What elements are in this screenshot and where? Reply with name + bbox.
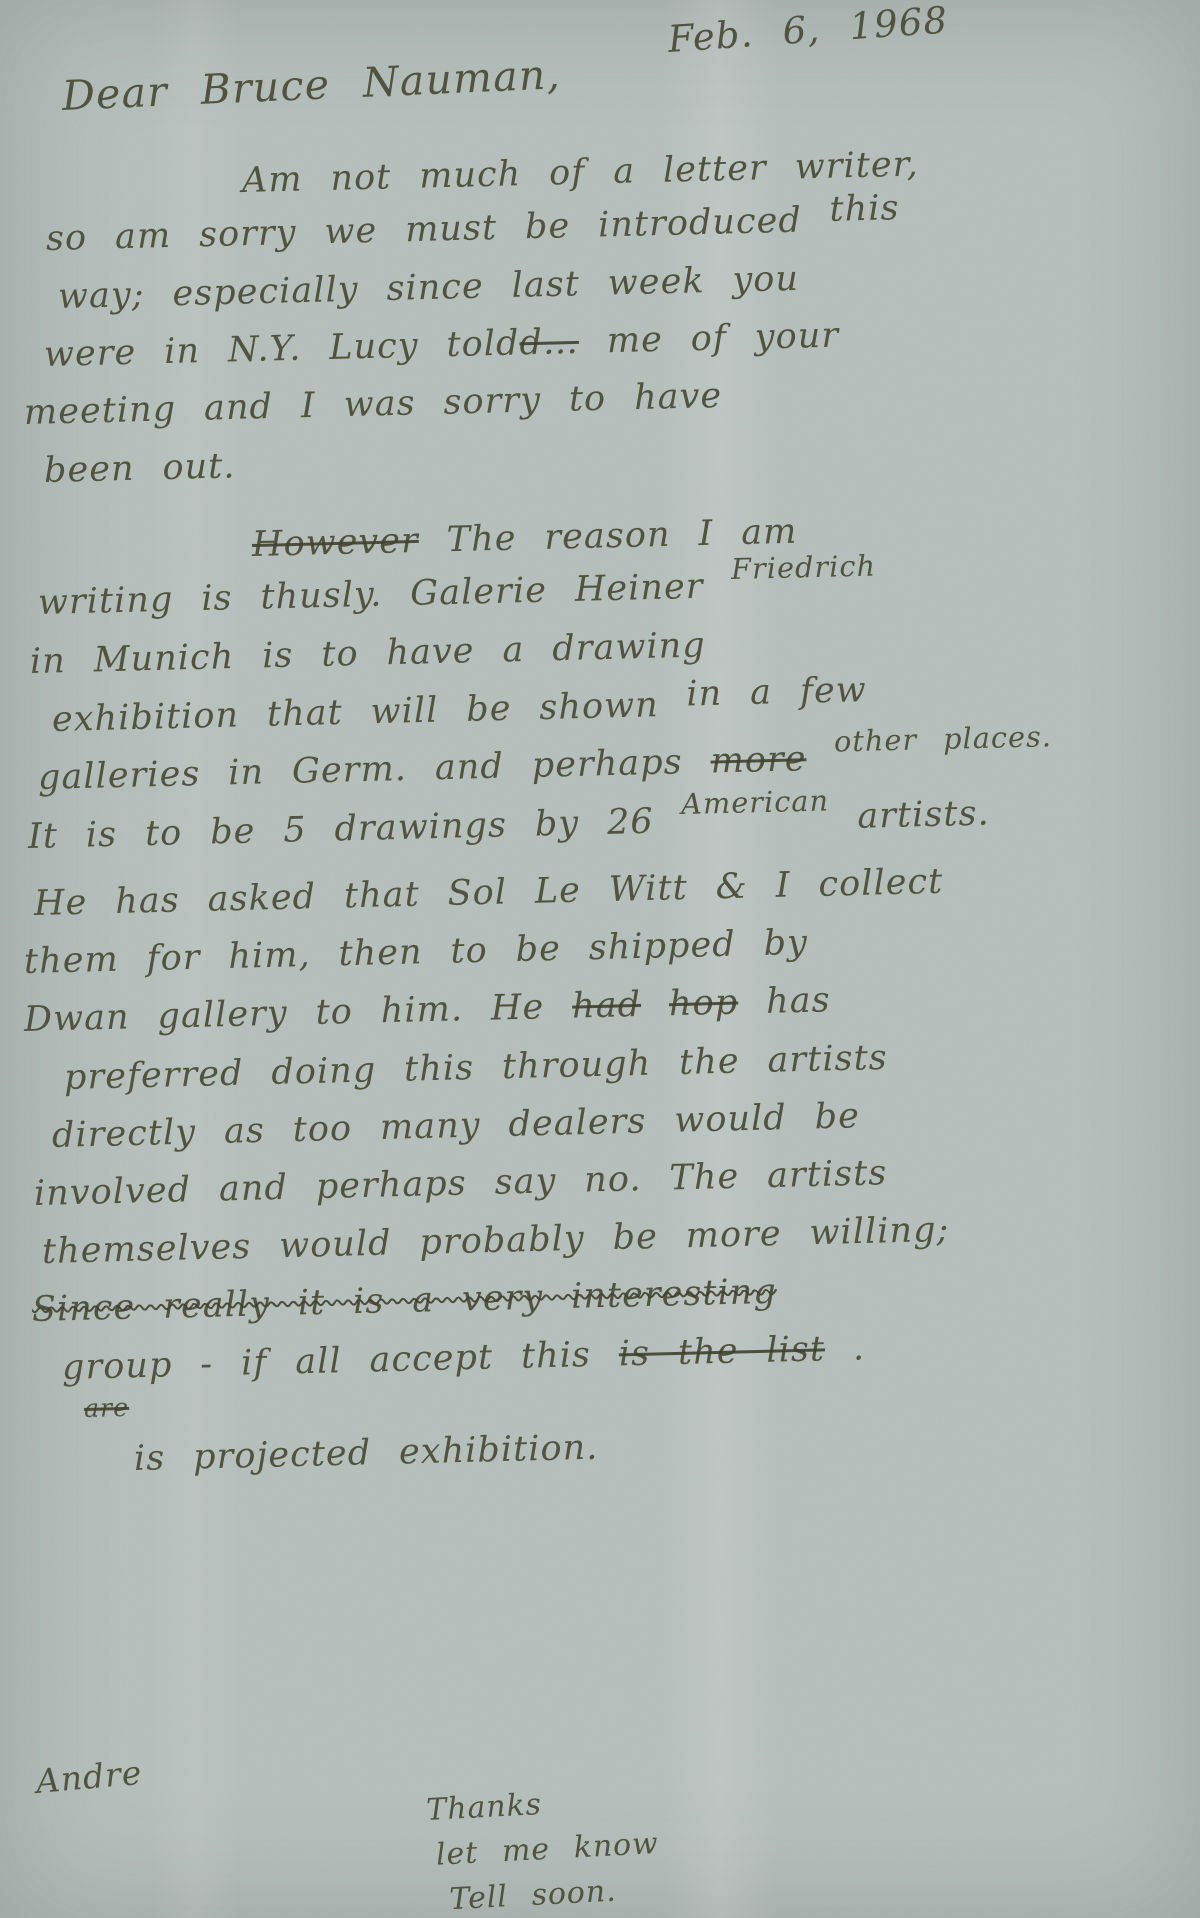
- line-segment: has: [738, 980, 831, 1022]
- line-segment: Dwan gallery to him. He: [24, 987, 573, 1040]
- line-segment: been out.: [44, 446, 236, 491]
- letter-postscript: Thanks let me know Tell soon.: [426, 1780, 661, 1918]
- struck-text: more: [710, 739, 807, 781]
- struck-text: are: [84, 1393, 130, 1423]
- line-segment: in Munich is to have a drawing: [30, 625, 707, 682]
- line-segment: writing is thusly. Galerie Heiner: [37, 566, 731, 623]
- line-segment: exhibition that will be shown: [52, 684, 688, 739]
- letter-salutation: Dear Bruce Nauman,: [61, 50, 562, 120]
- line-segment: [641, 984, 670, 1025]
- struck-text: had: [572, 985, 642, 1027]
- line-segment: artists.: [829, 794, 990, 838]
- line-segment: them for him, then to be shipped by: [24, 923, 809, 982]
- line-segment: so am sorry we must be introduced: [46, 200, 831, 259]
- letter-signature: Andre: [34, 1753, 143, 1801]
- line-segment: in a few: [686, 670, 867, 714]
- letter-page: Feb. 6, 1968 Dear Bruce Nauman, Am not m…: [0, 0, 1200, 1918]
- letter-body: Am not much of a letter writer,so am sor…: [24, 152, 1190, 1488]
- struck-text: hop: [669, 983, 739, 1025]
- line-segment: Friedrich: [731, 549, 877, 587]
- struck-text: Since really it is a very interesting: [32, 1272, 778, 1330]
- line-segment: galleries in Germ. and perhaps: [37, 742, 711, 798]
- line-segment: this: [829, 188, 900, 230]
- line-segment: [806, 739, 835, 780]
- line-segment: other places.: [834, 719, 1053, 758]
- struck-text: d…: [519, 322, 579, 363]
- line-segment: meeting and I was sorry to have: [24, 376, 723, 433]
- line-segment: were in N.Y. Lucy told: [44, 323, 520, 375]
- struck-text: However: [252, 521, 420, 565]
- line-segment: It is to be 5 drawings by 26: [27, 801, 682, 857]
- line-segment: American: [681, 784, 830, 822]
- line-segment: way; especially since last week you: [58, 259, 800, 317]
- line-segment: is projected exhibition.: [134, 1428, 599, 1479]
- letter-date: Feb. 6, 1968: [667, 0, 950, 61]
- line-segment: me of your: [578, 316, 839, 362]
